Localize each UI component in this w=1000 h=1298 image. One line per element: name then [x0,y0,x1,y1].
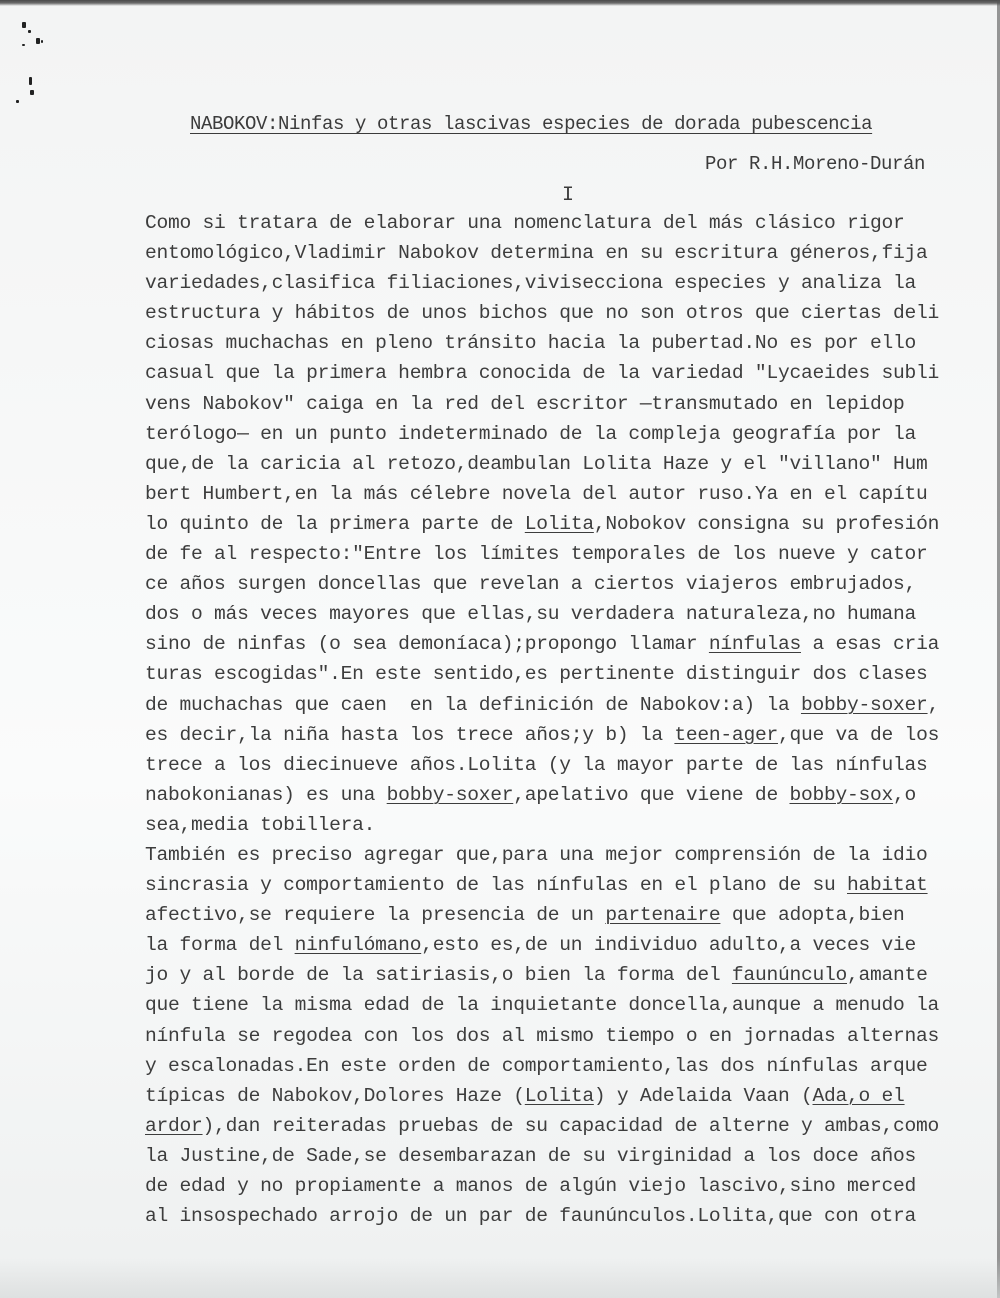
text-line: sincrasia y comportamiento de las nínful… [145,870,990,900]
text-line: de muchachas que caen en la definición d… [145,690,990,720]
text-line: estructura y hábitos de unos bichos que … [145,298,990,328]
text-segment: lo quinto de la primera parte de [145,513,525,535]
text-segment: de edad y no propiamente a manos de algú… [145,1175,916,1197]
scanned-page: NABOKOV:Ninfas y otras lascivas especies… [0,0,1000,1298]
text-line: casual que la primera hembra conocida de… [145,358,990,388]
text-line: de edad y no propiamente a manos de algú… [145,1171,990,1201]
text-line: ardor),dan reiteradas pruebas de su capa… [145,1111,990,1141]
text-segment: , [928,694,940,716]
text-segment: ,o [893,784,916,806]
text-segment: nínfula se regodea con los dos al mismo … [145,1025,939,1047]
text-segment: entomológico,Vladimir Nabokov determina … [145,242,928,264]
text-segment: casual que la primera hembra conocida de… [145,362,939,384]
text-line: ciosas muchachas en pleno tránsito hacia… [145,328,990,358]
text-segment: vens Nabokov" caiga en la red del escrit… [145,393,905,415]
text-line: Como si tratara de elaborar una nomencla… [145,208,990,238]
text-segment: la forma del [145,934,295,956]
text-line: típicas de Nabokov,Dolores Haze (Lolita)… [145,1081,990,1111]
text-line: es decir,la niña hasta los trece años;y … [145,720,990,750]
text-segment: trece a los diecinueve años.Lolita (y la… [145,754,928,776]
text-segment: variedades,clasifica filiaciones,vivisec… [145,272,916,294]
text-segment: al insospechado arrojo de un par de faun… [145,1205,916,1227]
text-segment: de muchachas que caen en la definición d… [145,694,801,716]
text-segment: estructura y hábitos de unos bichos que … [145,302,939,324]
text-line: y escalonadas.En este orden de comportam… [145,1051,990,1081]
text-segment: ce años surgen doncellas que revelan a c… [145,573,916,595]
underlined-term: ardor [145,1115,203,1137]
text-segment: que adopta,bien [720,904,904,926]
text-line: lo quinto de la primera parte de Lolita,… [145,509,990,539]
text-line: dos o más veces mayores que ellas,su ver… [145,599,990,629]
text-line: vens Nabokov" caiga en la red del escrit… [145,389,990,419]
text-segment: sincrasia y comportamiento de las nínful… [145,874,847,896]
text-line: turas escogidas".En este sentido,es pert… [145,659,990,689]
text-segment: ,apelativo que viene de [513,784,789,806]
text-line: sea,media tobillera. [145,810,990,840]
text-segment: nabokonianas) es una [145,784,387,806]
text-segment: ,que va de los [778,724,939,746]
text-segment: sea,media tobillera. [145,814,375,836]
text-segment: que,de la caricia al retozo,deambulan Lo… [145,453,928,475]
text-segment: ,Nobokov consigna su profesión [594,513,939,535]
margin-ink-marks [14,22,74,132]
text-segment: a esas cria [801,633,939,655]
text-segment: También es preciso agregar que,para una … [145,844,928,866]
underlined-term: bobby-sox [789,784,893,806]
text-line: que tiene la misma edad de la inquietant… [145,990,990,1020]
underlined-term: Ada,o el [813,1085,905,1107]
text-segment: Como si tratara de elaborar una nomencla… [145,212,905,234]
text-segment: ) y Adelaida Vaan ( [594,1085,813,1107]
text-line: trece a los diecinueve años.Lolita (y la… [145,750,990,780]
text-segment: que tiene la misma edad de la inquietant… [145,994,939,1016]
text-segment: bert Humbert,en la más célebre novela de… [145,483,928,505]
section-number: I [562,184,574,207]
underlined-term: faunúnculo [732,964,847,986]
text-segment: de fe al respecto:"Entre los límites tem… [145,543,928,565]
text-segment: terólogo— en un punto indeterminado de l… [145,423,916,445]
text-line: variedades,clasifica filiaciones,vivisec… [145,268,990,298]
underlined-term: partenaire [605,904,720,926]
text-line: ce años surgen doncellas que revelan a c… [145,569,990,599]
underlined-term: teen-ager [674,724,778,746]
text-line: de fe al respecto:"Entre los límites tem… [145,539,990,569]
page-bottom-shadow [0,1258,1000,1298]
text-line: que,de la caricia al retozo,deambulan Lo… [145,449,990,479]
text-segment: es decir,la niña hasta los trece años;y … [145,724,674,746]
text-segment: típicas de Nabokov,Dolores Haze ( [145,1085,525,1107]
underlined-term: ninfulómano [295,934,422,956]
document-author: Por R.H.Moreno-Durán [705,153,925,175]
underlined-term: nínfulas [709,633,801,655]
text-segment: ,amante [847,964,928,986]
document-title: NABOKOV:Ninfas y otras lascivas especies… [190,113,872,135]
underlined-term: habitat [847,874,928,896]
underlined-term: bobby-soxer [387,784,514,806]
text-line: jo y al borde de la satiriasis,o bien la… [145,960,990,990]
text-segment: dos o más veces mayores que ellas,su ver… [145,603,916,625]
text-line: También es preciso agregar que,para una … [145,840,990,870]
text-line: nínfula se regodea con los dos al mismo … [145,1021,990,1051]
text-line: entomológico,Vladimir Nabokov determina … [145,238,990,268]
text-segment: sino de ninfas (o sea demoníaca);propong… [145,633,709,655]
text-segment: afectivo,se requiere la presencia de un [145,904,605,926]
text-line: sino de ninfas (o sea demoníaca);propong… [145,629,990,659]
text-line: la Justine,de Sade,se desembarazan de su… [145,1141,990,1171]
underlined-term: Lolita [525,513,594,535]
text-segment: ,esto es,de un individuo adulto,a veces … [421,934,916,956]
underlined-term: Lolita [525,1085,594,1107]
text-line: afectivo,se requiere la presencia de un … [145,900,990,930]
text-line: terólogo— en un punto indeterminado de l… [145,419,990,449]
text-line: nabokonianas) es una bobby-soxer,apelati… [145,780,990,810]
text-line: la forma del ninfulómano,esto es,de un i… [145,930,990,960]
text-line: al insospechado arrojo de un par de faun… [145,1201,990,1231]
text-segment: y escalonadas.En este orden de comportam… [145,1055,928,1077]
body-text: Como si tratara de elaborar una nomencla… [145,208,990,1231]
text-segment: jo y al borde de la satiriasis,o bien la… [145,964,732,986]
text-segment: la Justine,de Sade,se desembarazan de su… [145,1145,916,1167]
text-segment: ),dan reiteradas pruebas de su capacidad… [203,1115,940,1137]
text-segment: ciosas muchachas en pleno tránsito hacia… [145,332,916,354]
text-line: bert Humbert,en la más célebre novela de… [145,479,990,509]
underlined-term: bobby-soxer [801,694,928,716]
text-segment: turas escogidas".En este sentido,es pert… [145,663,928,685]
